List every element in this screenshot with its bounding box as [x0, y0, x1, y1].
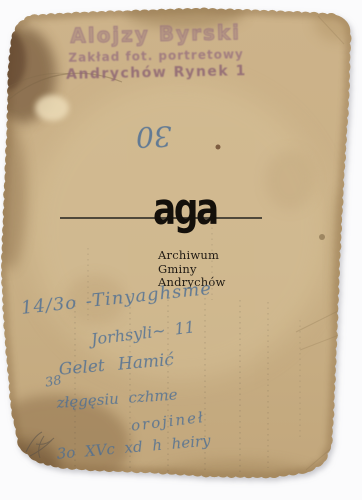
archive-caption-line: Archiwum	[158, 249, 225, 263]
archive-caption-line: Gminy	[158, 263, 225, 277]
stamp-studio: Zakład fot. portretowy	[58, 47, 254, 65]
handwritten-number-top: 30	[135, 119, 172, 153]
handwritten-number-side: 38	[44, 373, 63, 391]
photographer-stamp: Alojzy Byrski Zakład fot. portretowy And…	[57, 20, 254, 83]
scanned-photo-verso: Alojzy Byrski Zakład fot. portretowy And…	[0, 0, 362, 500]
aga-logo: aga	[153, 188, 217, 232]
stamp-name: Alojzy Byrski	[57, 20, 253, 48]
